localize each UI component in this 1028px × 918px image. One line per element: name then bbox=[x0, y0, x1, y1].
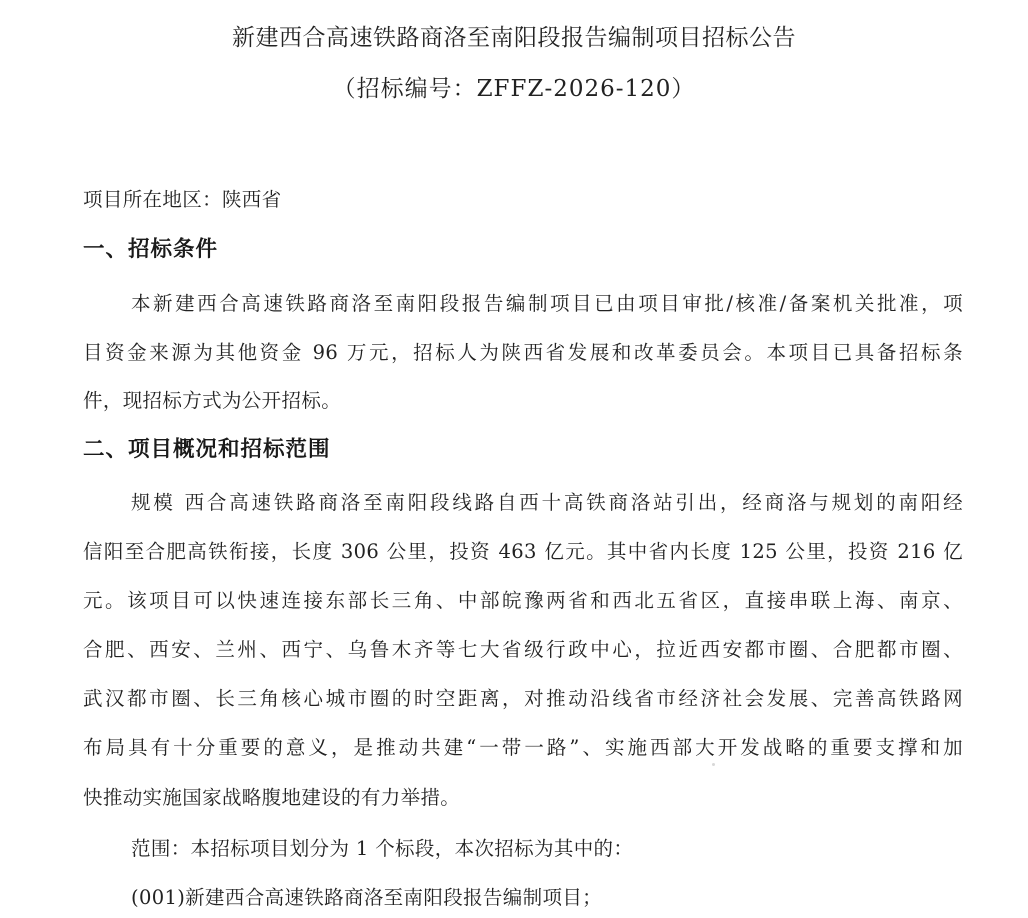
paragraph-line: 规模 西合高速铁路商洛至南阳段线路自西十高铁商洛站引出，经商洛与规划的南阳经 bbox=[131, 487, 963, 515]
paragraph-line: 快推动实施国家战略腹地建设的有力举措。 bbox=[83, 782, 460, 810]
paragraph-line: 合肥、西安、兰州、西宁、乌鲁木齐等七大省级行政中心，拉近西安都市圈、合肥都市圈、 bbox=[83, 634, 963, 662]
paragraph-line: 布局具有十分重要的意义，是推动共建“一带一路”、实施西部大开发战略的重要支撑和加 bbox=[83, 732, 963, 760]
paragraph-line: 武汉都市圈、长三角核心城市圈的时空距离，对推动沿线省市经济社会发展、完善高铁路网 bbox=[83, 683, 963, 711]
scan-speck bbox=[712, 763, 715, 766]
project-region: 项目所在地区：陕西省 bbox=[83, 184, 282, 212]
document-title: 新建西合高速铁路商洛至南阳段报告编制项目招标公告 bbox=[0, 19, 1028, 52]
section-heading-tender-conditions: 一、招标条件 bbox=[83, 232, 218, 263]
lot-line: (001)新建西合高速铁路商洛至南阳段报告编制项目； bbox=[131, 882, 602, 910]
paragraph-line: 信阳至合肥高铁衔接，长度 306 公里，投资 463 亿元。其中省内长度 125… bbox=[83, 536, 963, 564]
paragraph-line: 件，现招标方式为公开招标。 bbox=[83, 385, 341, 413]
tender-number: （招标编号：ZFFZ-2026-120） bbox=[0, 70, 1028, 103]
paragraph-line: 本新建西合高速铁路商洛至南阳段报告编制项目已由项目审批/核准/备案机关批准，项 bbox=[131, 288, 963, 316]
section-heading-project-overview: 二、项目概况和招标范围 bbox=[83, 432, 331, 463]
paragraph-line: 元。该项目可以快速连接东部长三角、中部皖豫两省和西北五省区，直接串联上海、南京、 bbox=[83, 585, 963, 613]
scope-line: 范围：本招标项目划分为 1 个标段，本次招标为其中的： bbox=[131, 833, 633, 861]
tender-announcement-document: 新建西合高速铁路商洛至南阳段报告编制项目招标公告 （招标编号：ZFFZ-2026… bbox=[0, 0, 1028, 918]
paragraph-line: 目资金来源为其他资金 96 万元，招标人为陕西省发展和改革委员会。本项目已具备招… bbox=[83, 337, 963, 365]
